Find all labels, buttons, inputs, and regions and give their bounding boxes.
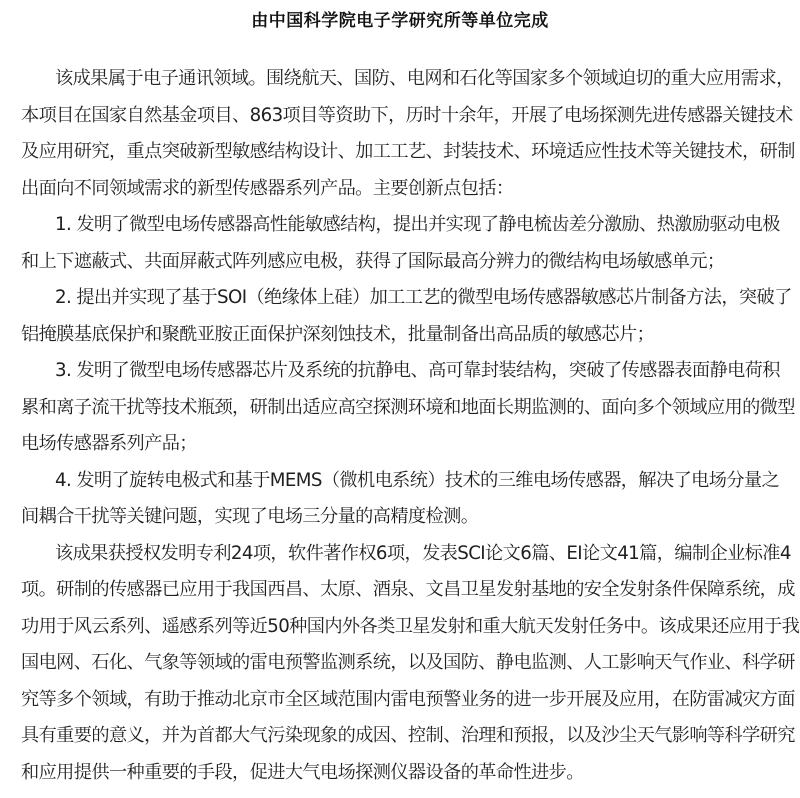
text-line: 该成果获授权发明专利24项，软件著作权6项，发表SCI论文6篇、EI论文41篇，… <box>21 536 783 573</box>
document-title: 由中国科学院电子学研究所等单位完成 <box>0 6 800 31</box>
text-line: 及应用研究，重点突破新型敏感结构设计、加工工艺、封装技术、环境适应性技术等关键技… <box>21 134 783 171</box>
text-line: 电场传感器系列产品； <box>21 426 783 463</box>
paragraph-intro: 该成果属于电子通讯领域。围绕航天、国防、电网和石化等国家多个领域迫切的重大应用需… <box>21 61 783 207</box>
paragraph-innovation-3: 3. 发明了微型电场传感器芯片及系统的抗静电、高可靠封装结构，突破了传感器表面静… <box>21 353 783 463</box>
text-line: 该成果属于电子通讯领域。围绕航天、国防、电网和石化等国家多个领域迫切的重大应用需… <box>21 61 783 98</box>
text-line: 累和离子流干扰等技术瓶颈，研制出适应高空探测环境和地面长期监测的、面向多个领域应… <box>21 390 783 427</box>
text-line: 3. 发明了微型电场传感器芯片及系统的抗静电、高可靠封装结构，突破了传感器表面静… <box>21 353 783 390</box>
paragraph-achievements: 该成果获授权发明专利24项，软件著作权6项，发表SCI论文6篇、EI论文41篇，… <box>21 536 783 792</box>
paragraph-innovation-2: 2. 提出并实现了基于SOI（绝缘体上硅）加工工艺的微型电场传感器敏感芯片制备方… <box>21 280 783 353</box>
text-line: 4. 发明了旋转电极式和基于MEMS（微机电系统）技术的三维电场传感器，解决了电… <box>21 463 783 500</box>
text-line: 2. 提出并实现了基于SOI（绝缘体上硅）加工工艺的微型电场传感器敏感芯片制备方… <box>21 280 783 317</box>
document-body: 该成果属于电子通讯领域。围绕航天、国防、电网和石化等国家多个领域迫切的重大应用需… <box>21 61 783 791</box>
text-line: 和上下遮蔽式、共面屏蔽式阵列感应电极，获得了国际最高分辨力的微结构电场敏感单元； <box>21 244 783 281</box>
text-line: 铝掩膜基底保护和聚酰亚胺正面保护深刻蚀技术，批量制备出高品质的敏感芯片； <box>21 317 783 354</box>
paragraph-innovation-1: 1. 发明了微型电场传感器高性能敏感结构，提出并实现了静电梳齿差分激励、热激励驱… <box>21 207 783 280</box>
text-line: 出面向不同领域需求的新型传感器系列产品。主要创新点包括： <box>21 171 783 208</box>
text-line: 间耦合干扰等关键问题，实现了电场三分量的高精度检测。 <box>21 499 783 536</box>
text-line: 本项目在国家自然基金项目、863项目等资助下，历时十余年，开展了电场探测先进传感… <box>21 98 783 135</box>
text-line: 具有重要的意义，并为首都大气污染现象的成因、控制、治理和预报，以及沙尘天气影响等… <box>21 718 783 755</box>
text-line: 究等多个领域，有助于推动北京市全区域范围内雷电预警业务的进一步开展及应用，在防雷… <box>21 682 783 719</box>
text-line: 项。研制的传感器已应用于我国西昌、太原、酒泉、文昌卫星发射基地的安全发射条件保障… <box>21 572 783 609</box>
text-line: 功用于风云系列、遥感系列等近50种国内外各类卫星发射和重大航天发射任务中。该成果… <box>21 609 783 646</box>
text-line: 和应用提供一种重要的手段，促进大气电场探测仪器设备的革命性进步。 <box>21 755 783 792</box>
paragraph-innovation-4: 4. 发明了旋转电极式和基于MEMS（微机电系统）技术的三维电场传感器，解决了电… <box>21 463 783 536</box>
text-line: 国电网、石化、气象等领域的雷电预警监测系统，以及国防、静电监测、人工影响天气作业… <box>21 645 783 682</box>
text-line: 1. 发明了微型电场传感器高性能敏感结构，提出并实现了静电梳齿差分激励、热激励驱… <box>21 207 783 244</box>
